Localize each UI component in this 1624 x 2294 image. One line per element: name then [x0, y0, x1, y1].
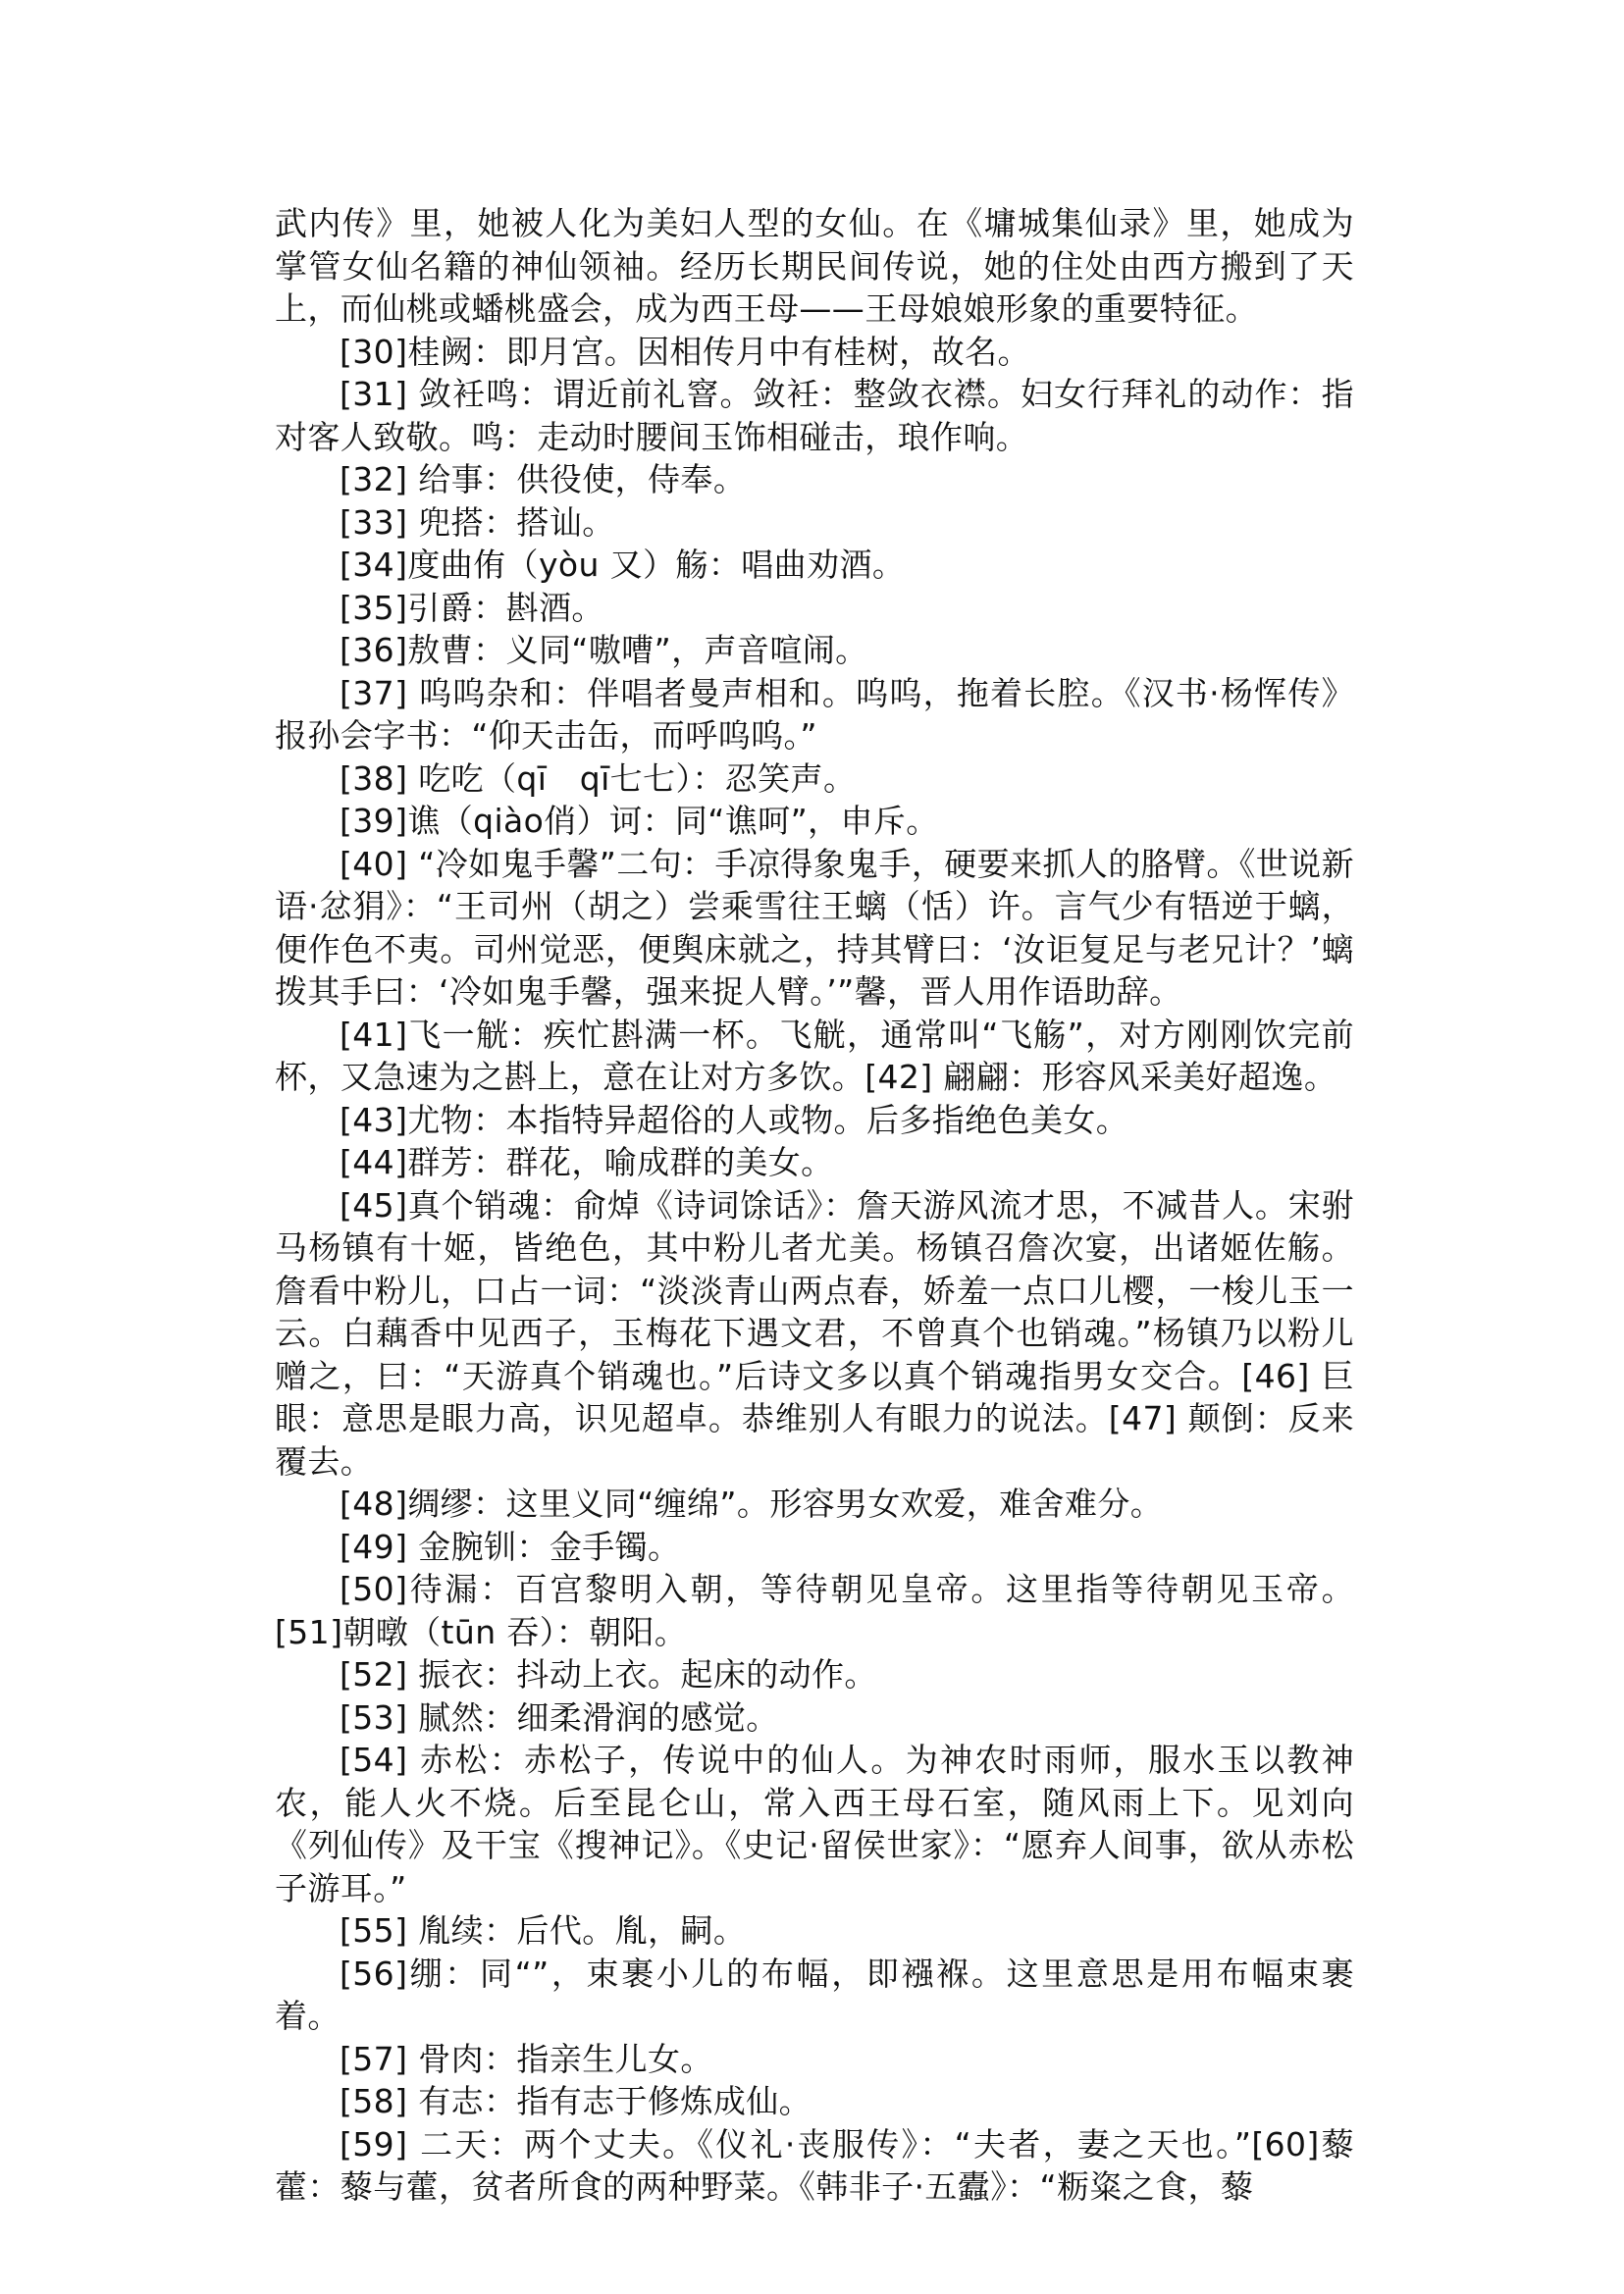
note-57: [57] 骨肉：指亲生儿女。: [275, 2038, 1354, 2081]
note-33: [33] 兜搭：搭讪。: [275, 501, 1354, 545]
note-55: [55] 胤续：后代。胤，嗣。: [275, 1909, 1354, 1953]
note-54: [54] 赤松：赤松子，传说中的仙人。为神农时雨师，服水玉以教神农，能人火不烧。…: [275, 1739, 1354, 1909]
note-52: [52] 振衣：抖动上衣。起床的动作。: [275, 1653, 1354, 1696]
note-34: [34]度曲侑（yòu 又）觞：唱曲劝酒。: [275, 544, 1354, 587]
note-41-42: [41]飞一觥：疾忙斟满一杯。飞觥，通常叫“飞觞”，对方刚刚饮完前杯，又急速为之…: [275, 1014, 1354, 1099]
note-39: [39]谯（qiào俏）诃：同“谯呵”，申斥。: [275, 800, 1354, 843]
note-37: [37] 呜呜杂和：伴唱者曼声相和。呜呜，拖着长腔。《汉书·杨恽传》报孙会字书：…: [275, 672, 1354, 757]
note-30: [30]桂阙：即月宫。因相传月中有桂树，故名。: [275, 331, 1354, 374]
note-45-47: [45]真个销魂：俞焯《诗词馀话》：詹天游风流才思，不减昔人。宋驸马杨镇有十姬，…: [275, 1184, 1354, 1484]
note-49: [49] 金腕钏：金手镯。: [275, 1526, 1354, 1569]
note-48: [48]绸缪：这里义同“缠绵”。形容男女欢爱，难舍难分。: [275, 1483, 1354, 1526]
note-58: [58] 有志：指有志于修炼成仙。: [275, 2080, 1354, 2123]
note-53: [53] 腻然：细柔滑润的感觉。: [275, 1696, 1354, 1740]
note-35: [35]引爵：斟酒。: [275, 587, 1354, 630]
note-56: [56]绷：同“”，束裹小儿的布幅，即襁褓。这里意思是用布幅束裹着。: [275, 1953, 1354, 2038]
note-40: [40] “冷如鬼手馨”二句：手凉得象鬼手，硬要来抓人的胳臂。《世说新语·忿狷》…: [275, 843, 1354, 1014]
note-36: [36]敖曹：义同“嗷嘈”，声音喧闹。: [275, 629, 1354, 672]
note-59-60: [59] 二天：两个丈夫。《仪礼·丧服传》：“夫者，妻之天也。”[60]藜藿：藜…: [275, 2123, 1354, 2209]
note-44: [44]群芳：群花，喻成群的美女。: [275, 1141, 1354, 1184]
note-31: [31] 敛衽鸣：谓近前礼窨。敛衽：整敛衣襟。妇女行拜礼的动作：指对客人致敬。鸣…: [275, 373, 1354, 458]
document-page: 武内传》里，她被人化为美妇人型的女仙。在《墉城集仙录》里，她成为掌管女仙名籍的神…: [275, 202, 1354, 2209]
note-38: [38] 吃吃（qī qī七七）：忍笑声。: [275, 757, 1354, 801]
note-32: [32] 给事：供役使，侍奉。: [275, 458, 1354, 501]
note-50-51: [50]待漏：百宫黎明入朝，等待朝见皇帝。这里指等待朝见玉帝。[51]朝暾（tū…: [275, 1568, 1354, 1653]
paragraph-xiwangmu-continuation: 武内传》里，她被人化为美妇人型的女仙。在《墉城集仙录》里，她成为掌管女仙名籍的神…: [275, 202, 1354, 331]
note-43: [43]尤物：本指特异超俗的人或物。后多指绝色美女。: [275, 1099, 1354, 1142]
